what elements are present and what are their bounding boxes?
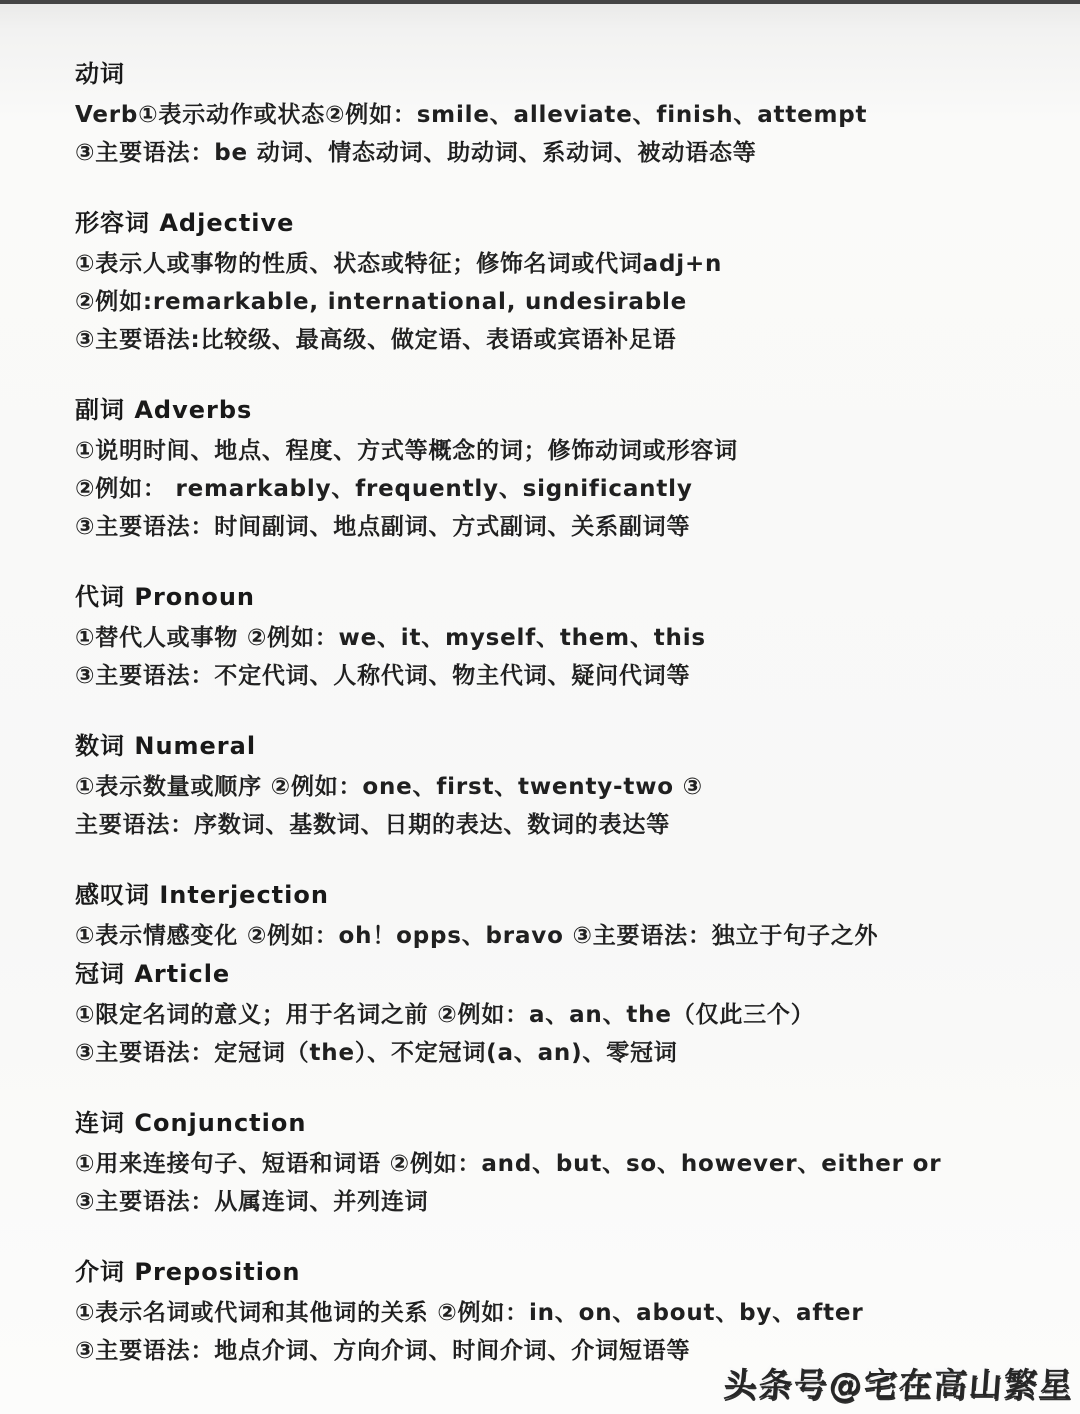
section-line: 主要语法：序数词、基数词、日期的表达、数词的表达等 — [75, 806, 1040, 844]
section-line: ③主要语法:比较级、最高级、做定语、表语或宾语补足语 — [75, 321, 1040, 359]
section-verb: 动词 Verb①表示动作或状态②例如：smile、alleviate、finis… — [75, 55, 1040, 172]
section-line: ①表示人或事物的性质、状态或特征；修饰名词或代词adj+n — [75, 245, 1040, 283]
section-line: ③主要语法：定冠词（the）、不定冠词(a、an)、零冠词 — [75, 1034, 1040, 1072]
section-line: ①限定名词的意义；用于名词之前 ②例如：a、an、the（仅此三个） — [75, 996, 1040, 1034]
section-preposition: 介词 Preposition ①表示名词或代词和其他词的关系 ②例如：in、on… — [75, 1253, 1040, 1370]
section-heading: 代词 Pronoun — [75, 578, 1040, 616]
watermark: 头条号@宅在高山繁星 — [722, 1359, 1075, 1406]
section-line: ①表示名词或代词和其他词的关系 ②例如：in、on、about、by、after — [75, 1294, 1040, 1332]
section-line: ①说明时间、地点、程度、方式等概念的词；修饰动词或形容词 — [75, 432, 1040, 470]
section-heading: 连词 Conjunction — [75, 1104, 1040, 1142]
section-pronoun: 代词 Pronoun ①替代人或事物 ②例如：we、it、myself、them… — [75, 578, 1040, 695]
section-line: ①替代人或事物 ②例如：we、it、myself、them、this — [75, 619, 1040, 657]
section-heading: 冠词 Article — [75, 955, 1040, 993]
section-line: ②例如： remarkably、frequently、significantly — [75, 470, 1040, 508]
section-line: ③主要语法：从属连词、并列连词 — [75, 1183, 1040, 1221]
section-line: ③主要语法：be 动词、情态动词、助动词、系动词、被动语态等 — [75, 134, 1040, 172]
section-interjection: 感叹词 Interjection ①表示情感变化 ②例如：oh！opps、bra… — [75, 876, 1040, 955]
section-line: ③主要语法：时间副词、地点副词、方式副词、关系副词等 — [75, 508, 1040, 546]
section-line: ①表示数量或顺序 ②例如：one、first、twenty-two ③ — [75, 768, 1040, 806]
section-conjunction: 连词 Conjunction ①用来连接句子、短语和词语 ②例如：and、but… — [75, 1104, 1040, 1221]
section-heading: 感叹词 Interjection — [75, 876, 1040, 914]
section-heading: 动词 — [75, 55, 1040, 93]
section-article: 冠词 Article ①限定名词的意义；用于名词之前 ②例如：a、an、the（… — [75, 955, 1040, 1072]
section-line: Verb①表示动作或状态②例如：smile、alleviate、finish、a… — [75, 96, 1040, 134]
section-heading: 形容词 Adjective — [75, 204, 1040, 242]
section-adjective: 形容词 Adjective ①表示人或事物的性质、状态或特征；修饰名词或代词ad… — [75, 204, 1040, 359]
section-line: ①表示情感变化 ②例如：oh！opps、bravo ③主要语法：独立于句子之外 — [75, 917, 1040, 955]
section-heading: 副词 Adverbs — [75, 391, 1040, 429]
section-line: ③主要语法：不定代词、人称代词、物主代词、疑问代词等 — [75, 657, 1040, 695]
section-heading: 介词 Preposition — [75, 1253, 1040, 1291]
section-line: ①用来连接句子、短语和词语 ②例如：and、but、so、however、eit… — [75, 1145, 1040, 1183]
section-numeral: 数词 Numeral ①表示数量或顺序 ②例如：one、first、twenty… — [75, 727, 1040, 844]
section-adverbs: 副词 Adverbs ①说明时间、地点、程度、方式等概念的词；修饰动词或形容词 … — [75, 391, 1040, 546]
document-page: 动词 Verb①表示动作或状态②例如：smile、alleviate、finis… — [0, 0, 1080, 1414]
section-heading: 数词 Numeral — [75, 727, 1040, 765]
section-line: ②例如:remarkable, international, undesirab… — [75, 283, 1040, 321]
